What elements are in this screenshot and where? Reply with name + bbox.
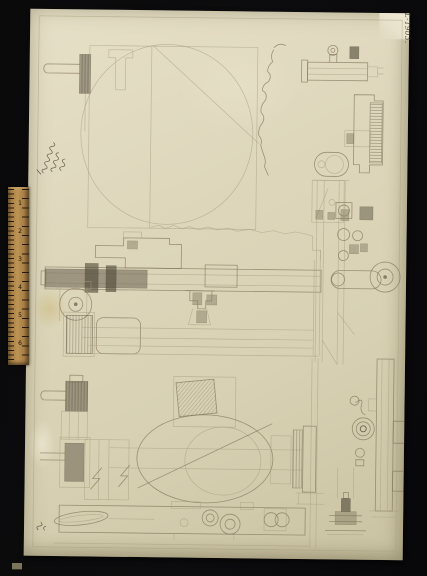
ruler-mark: 1: [16, 201, 24, 207]
plan-view-top-left: [42, 43, 260, 230]
ruler-ticks: [22, 189, 29, 363]
drawing-sheet: [24, 9, 410, 561]
pencil-drawing: [24, 9, 410, 561]
ruler-mark: 6: [16, 341, 24, 347]
sheet-corner-mark: [36, 522, 46, 532]
catalog-number-label: L-1903.: [403, 13, 411, 44]
ruler-mark: 2: [16, 229, 24, 235]
plan-view-bottom: [39, 375, 317, 546]
handwritten-inscription: [36, 140, 71, 180]
ruler-ticks: [8, 189, 14, 363]
detail-views-top-right: [258, 44, 384, 223]
detail-rail-right: [311, 180, 401, 365]
ruler-mark: 3: [16, 257, 24, 263]
ruler-mark: 5: [16, 313, 24, 319]
wooden-ruler: 1 2 3 4 5 6: [8, 187, 29, 365]
ruler-mark: 4: [16, 285, 24, 291]
side-elevation-middle: [40, 224, 322, 359]
mat-label-chip: [12, 563, 22, 570]
detail-views-bottom-right: [296, 358, 406, 549]
photo-background: L-1903. 1 2 3 4 5 6: [0, 0, 427, 576]
